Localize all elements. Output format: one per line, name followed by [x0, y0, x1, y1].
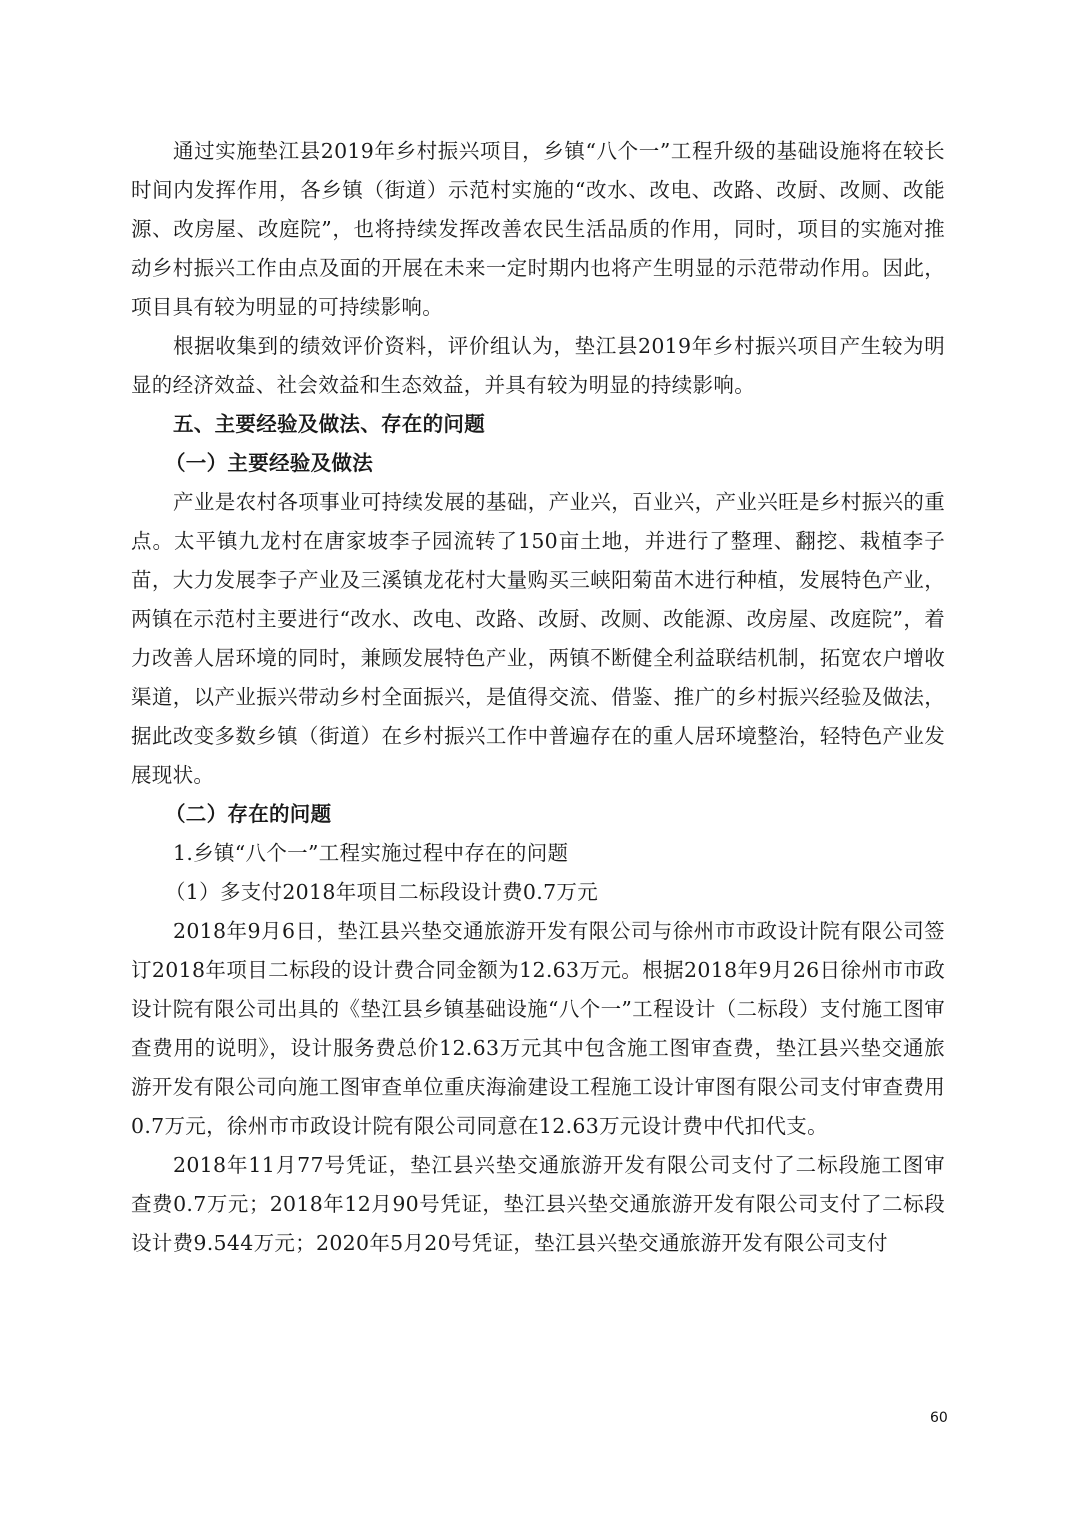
section-heading-experience-problems: 五、主要经验及做法、存在的问题: [131, 405, 945, 444]
paragraph-design-fee-contract: 2018年9月6日，垫江县兴垫交通旅游开发有限公司与徐州市市政设计院有限公司签订…: [131, 912, 945, 1146]
paragraph-sustainability-impact: 通过实施垫江县2019年乡村振兴项目，乡镇“八个一”工程升级的基础设施将在较长时…: [131, 132, 945, 327]
document-page: 通过实施垫江县2019年乡村振兴项目，乡镇“八个一”工程升级的基础设施将在较长时…: [131, 132, 945, 1263]
list-item-problem-1-1: （1）多支付2018年项目二标段设计费0.7万元: [131, 873, 945, 912]
page-number: 60: [930, 1410, 948, 1426]
subheading-main-experience: （一）主要经验及做法: [131, 444, 945, 483]
paragraph-evaluation-conclusion: 根据收集到的绩效评价资料，评价组认为，垫江县2019年乡村振兴项目产生较为明显的…: [131, 327, 945, 405]
paragraph-payment-vouchers: 2018年11月77号凭证，垫江县兴垫交通旅游开发有限公司支付了二标段施工图审查…: [131, 1146, 945, 1263]
list-item-problem-1: 1.乡镇“八个一”工程实施过程中存在的问题: [131, 834, 945, 873]
subheading-existing-problems: （二）存在的问题: [131, 795, 945, 834]
paragraph-industry-experience: 产业是农村各项事业可持续发展的基础，产业兴，百业兴，产业兴旺是乡村振兴的重点。太…: [131, 483, 945, 795]
